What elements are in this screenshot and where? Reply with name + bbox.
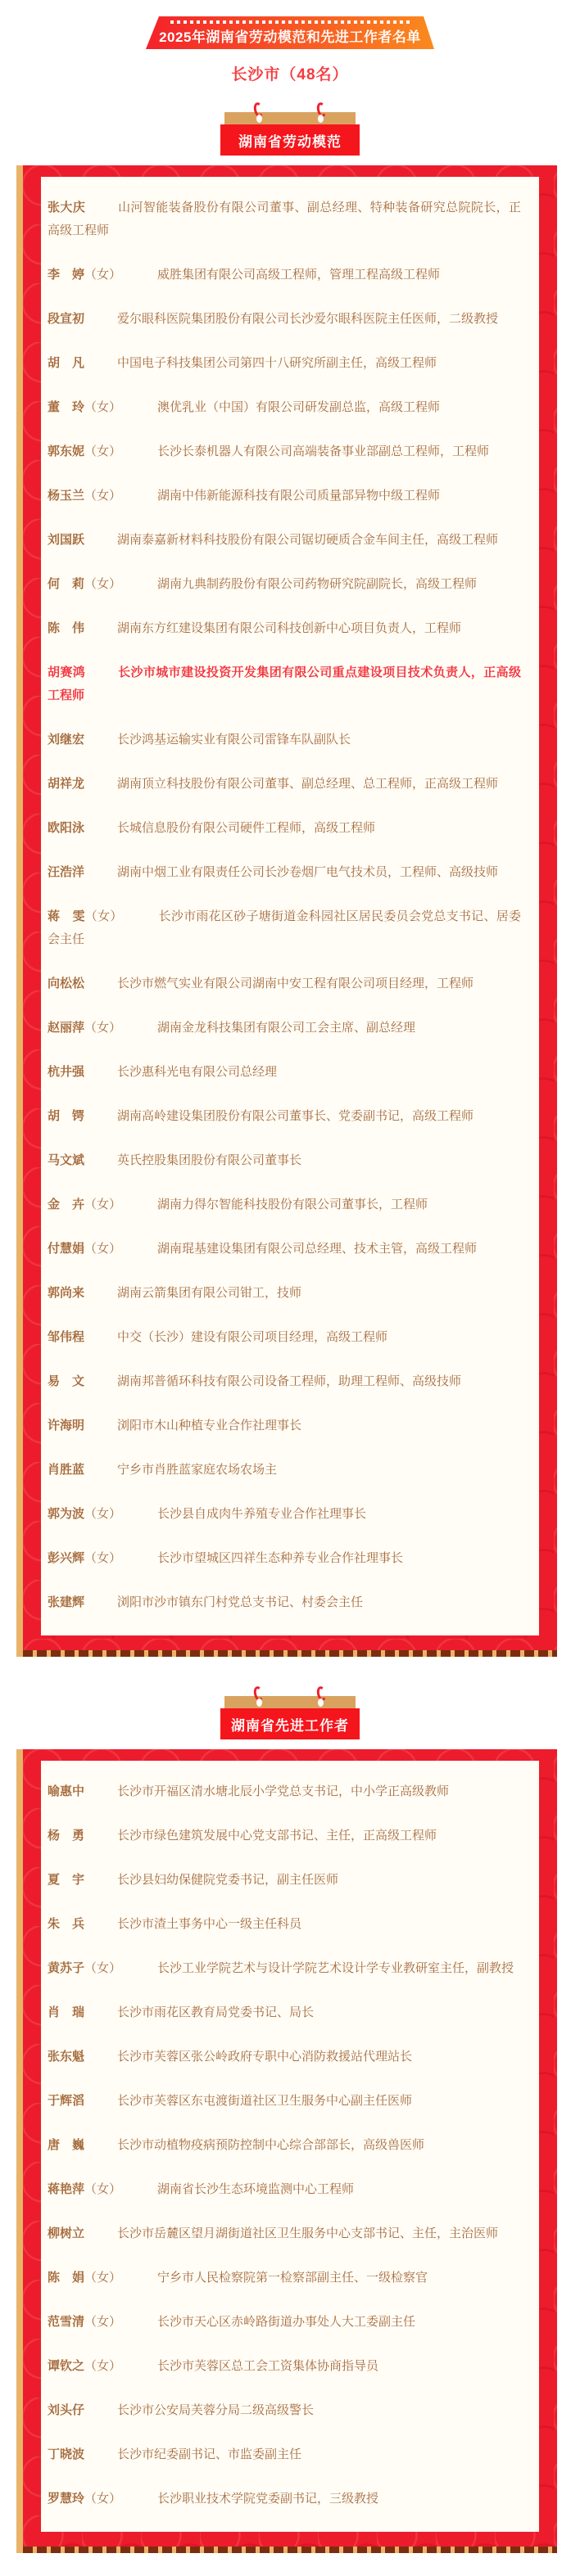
gender-note: （女） [84, 1961, 121, 1975]
person-name: 胡祥龙 [48, 777, 84, 791]
person-name: 唐 巍 [48, 2138, 84, 2152]
person-name: 杨 勇 [48, 1829, 84, 1843]
list-entry: 陈 娟（女）宁乡市人民检察院第一检察部副主任、一级检察官 [48, 2267, 521, 2290]
person-title: 长沙惠科光电有限公司总经理 [117, 1065, 277, 1079]
person-name: 蒋 雯 [48, 909, 85, 923]
page-title: 2025年湖南省劳动模范和先进工作者名单 [159, 25, 421, 46]
person-title: 长沙市岳麓区望月湖街道社区卫生服务中心支部书记、主任，主治医师 [117, 2226, 498, 2240]
person-name: 张东魁 [48, 2050, 84, 2064]
gender-note: （女） [84, 1242, 121, 1256]
list-entry: 罗慧玲（女）长沙职业技术学院党委副书记，三级教授 [48, 2488, 521, 2511]
person-name: 邹伟程 [48, 1330, 84, 1344]
ribbon-hole-icon [256, 1699, 262, 1707]
list-entry: 蒋艳萍（女）湖南省长沙生态环境监测中心工程师 [48, 2178, 521, 2201]
person-name: 柳树立 [48, 2226, 84, 2240]
person-title: 爱尔眼科医院集团股份有限公司长沙爱尔眼科医院主任医师，二级教授 [117, 312, 498, 326]
person-name: 郭为波 [48, 1507, 84, 1521]
person-name: 许海明 [48, 1419, 84, 1432]
person-title: 长沙工业学院艺术与设计学院艺术设计学专业教研室主任，副教授 [157, 1961, 514, 1975]
list-entry: 郭东妮（女）长沙长泰机器人有限公司高端装备事业部副总工程师，工程师 [48, 440, 521, 463]
ribbon-hole-icon [318, 1699, 324, 1707]
sections-root: 湖南省劳动模范 张大庆山河智能装备股份有限公司董事、副总经理、特种装备研究总院院… [0, 112, 580, 2547]
person-name: 董 玲 [48, 400, 84, 414]
person-title: 长沙市芙蓉区东屯渡街道社区卫生服务中心副主任医师 [117, 2094, 412, 2108]
person-title: 长沙市望城区四祥生态种养专业合作社理事长 [157, 1551, 403, 1565]
list-entry: 蒋 雯（女）长沙市雨花区砂子塘街道金科园社区居民委员会党总支书记、居委会主任 [48, 905, 521, 951]
person-name: 刘头仔 [48, 2403, 84, 2417]
list-entry: 黄苏子（女）长沙工业学院艺术与设计学院艺术设计学专业教研室主任，副教授 [48, 1957, 521, 1980]
person-name: 夏 宇 [48, 1873, 84, 1887]
list-entry: 范雪清（女）长沙市天心区赤岭路街道办事处人大工委副主任 [48, 2311, 521, 2334]
person-title: 湖南高岭建设集团股份有限公司董事长、党委副书记，高级工程师 [117, 1109, 474, 1123]
person-name: 郭尚来 [48, 1286, 84, 1300]
person-title: 长沙县自成肉牛养殖专业合作社理事长 [157, 1507, 366, 1521]
list-entry: 陈 伟湖南东方红建设集团有限公司科技创新中心项目负责人，工程师 [48, 617, 521, 640]
gender-note: （女） [84, 1551, 121, 1565]
person-name: 于辉滔 [48, 2094, 84, 2108]
person-name: 杨玉兰 [48, 489, 84, 503]
award-section: 湖南省先进工作者 喻惠中长沙市开福区清水塘北辰小学党总支书记，中小学正高级教师 … [0, 1696, 580, 2547]
list-entry: 张大庆山河智能装备股份有限公司董事、副总经理、特种装备研究总院院长，正高级工程师 [48, 196, 521, 242]
person-title: 浏阳市木山种植专业合作社理事长 [117, 1419, 301, 1432]
gender-note: （女） [84, 2492, 121, 2506]
award-section: 湖南省劳动模范 张大庆山河智能装备股份有限公司董事、副总经理、特种装备研究总院院… [0, 112, 580, 1650]
person-title: 长沙市城市建设投资开发集团有限公司重点建设项目技术负责人，正高级工程师 [48, 665, 521, 702]
section-badge: 湖南省劳动模范 [220, 124, 360, 156]
list-entry: 许海明浏阳市木山种植专业合作社理事长 [48, 1414, 521, 1437]
list-entry: 杨玉兰（女）湖南中伟新能源科技有限公司质量部异物中级工程师 [48, 485, 521, 508]
person-name: 罗慧玲 [48, 2492, 84, 2506]
list-entry: 胡 凡中国电子科技集团公司第四十八研究所副主任，高级工程师 [48, 352, 521, 375]
award-card: 喻惠中长沙市开福区清水塘北辰小学党总支书记，中小学正高级教师 杨 勇长沙市绿色建… [23, 1749, 557, 2547]
gender-note: （女） [84, 2271, 121, 2285]
person-title: 长城信息股份有限公司硬件工程师，高级工程师 [117, 821, 375, 835]
list-entry: 郭为波（女）长沙县自成肉牛养殖专业合作社理事长 [48, 1503, 521, 1526]
person-title: 湖南中烟工业有限责任公司长沙卷烟厂电气技术员，工程师、高级技师 [117, 865, 498, 879]
ribbon-bar [224, 1696, 356, 1708]
list-entry: 张建辉浏阳市沙市镇东门村党总支书记、村委会主任 [48, 1591, 521, 1614]
person-title: 长沙鸿基运输实业有限公司雷锋车队副队长 [117, 733, 351, 747]
list-entry: 易 文湖南邦普循环科技有限公司设备工程师，助理工程师、高级技师 [48, 1370, 521, 1393]
gender-note: （女） [84, 1021, 121, 1035]
person-title: 长沙市绿色建筑发展中心党支部书记、主任，正高级工程师 [117, 1829, 437, 1843]
person-title: 浏阳市沙市镇东门村党总支书记、村委会主任 [117, 1595, 363, 1609]
list-entry: 段宣初爱尔眼科医院集团股份有限公司长沙爱尔眼科医院主任医师，二级教授 [48, 308, 521, 331]
person-title: 湖南省长沙生态环境监测中心工程师 [157, 2182, 354, 2196]
gender-note: （女） [84, 444, 121, 458]
person-title: 长沙职业技术学院党委副书记，三级教授 [157, 2492, 378, 2506]
list-entry: 汪浩洋湖南中烟工业有限责任公司长沙卷烟厂电气技术员，工程师、高级技师 [48, 861, 521, 884]
person-title: 长沙市动植物疫病预防控制中心综合部部长，高级兽医师 [117, 2138, 424, 2152]
person-title: 澳优乳业（中国）有限公司研发副总监，高级工程师 [157, 400, 440, 414]
person-name: 段宣初 [48, 312, 84, 326]
person-title: 长沙市渣土事务中心一级主任科员 [117, 1917, 301, 1931]
person-name: 马文斌 [48, 1153, 84, 1167]
person-name: 欧阳泳 [48, 821, 84, 835]
person-title: 中国电子科技集团公司第四十八研究所副主任，高级工程师 [117, 356, 437, 370]
person-name: 郭东妮 [48, 444, 84, 458]
list-entry: 赵丽萍（女）湖南金龙科技集团有限公司工会主席、副总经理 [48, 1017, 521, 1040]
list-entry: 丁晓波长沙市纪委副书记、市监委副主任 [48, 2443, 521, 2466]
person-name: 胡 凡 [48, 356, 84, 370]
person-name: 易 文 [48, 1374, 84, 1388]
list-entry: 邹伟程中交（长沙）建设有限公司项目经理，高级工程师 [48, 1326, 521, 1349]
person-name: 彭兴辉 [48, 1551, 84, 1565]
list-entry: 于辉滔长沙市芙蓉区东屯渡街道社区卫生服务中心副主任医师 [48, 2090, 521, 2113]
person-name: 刘国跃 [48, 533, 84, 547]
gender-note: （女） [84, 400, 121, 414]
person-name: 张大庆 [48, 201, 85, 214]
list-entry: 柳树立长沙市岳麓区望月湖街道社区卫生服务中心支部书记、主任，主治医师 [48, 2222, 521, 2245]
list-entry: 向松松长沙市燃气实业有限公司湖南中安工程有限公司项目经理，工程师 [48, 972, 521, 995]
list-entry: 马文斌英氏控股集团股份有限公司董事长 [48, 1149, 521, 1172]
person-title: 长沙市天心区赤岭路街道办事处人大工委副主任 [157, 2315, 415, 2329]
person-name: 肖 瑞 [48, 2005, 84, 2019]
list-entry: 谭钦之（女）长沙市芙蓉区总工会工资集体协商指导员 [48, 2355, 521, 2378]
list-entry: 付慧娟（女）湖南琨基建设集团有限公司总经理、技术主管，高级工程师 [48, 1238, 521, 1261]
person-name: 金 卉 [48, 1198, 84, 1211]
person-title: 山河智能装备股份有限公司董事、副总经理、特种装备研究总院院长，正高级工程师 [48, 201, 521, 237]
ribbon: 湖南省劳动模范 [0, 112, 580, 156]
person-title: 湖南中伟新能源科技有限公司质量部异物中级工程师 [157, 489, 440, 503]
page-title-banner: 2025年湖南省劳动模范和先进工作者名单 [146, 16, 434, 49]
gender-note: （女） [84, 2182, 121, 2196]
list-entry: 刘继宏长沙鸿基运输实业有限公司雷锋车队副队长 [48, 729, 521, 751]
gender-note: （女） [84, 489, 121, 503]
list-entry: 喻惠中长沙市开福区清水塘北辰小学党总支书记，中小学正高级教师 [48, 1780, 521, 1803]
list-entry: 杭井强长沙惠科光电有限公司总经理 [48, 1061, 521, 1084]
list-entry: 朱 兵长沙市渣土事务中心一级主任科员 [48, 1913, 521, 1936]
list-entry: 董 玲（女）澳优乳业（中国）有限公司研发副总监，高级工程师 [48, 396, 521, 419]
person-title: 英氏控股集团股份有限公司董事长 [117, 1153, 301, 1167]
person-title: 长沙市燃气实业有限公司湖南中安工程有限公司项目经理，工程师 [117, 977, 474, 990]
list-entry: 胡祥龙湖南顶立科技股份有限公司董事、副总经理、总工程师，正高级工程师 [48, 773, 521, 796]
person-title: 湖南顶立科技股份有限公司董事、副总经理、总工程师，正高级工程师 [117, 777, 498, 791]
person-title: 湖南泰嘉新材料科技股份有限公司锯切硬质合金车间主任，高级工程师 [117, 533, 498, 547]
list-entry: 李 婷（女）威胜集团有限公司高级工程师，管理工程高级工程师 [48, 264, 521, 286]
person-title: 长沙市纪委副书记、市监委副主任 [117, 2447, 301, 2461]
person-title: 长沙县妇幼保健院党委书记，副主任医师 [117, 1873, 338, 1887]
person-title: 宁乡市人民检察院第一检察部副主任、一级检察官 [157, 2271, 428, 2285]
person-name: 肖胜蓝 [48, 1463, 84, 1477]
award-card: 张大庆山河智能装备股份有限公司董事、副总经理、特种装备研究总院院长，正高级工程师… [23, 165, 557, 1650]
person-title: 中交（长沙）建设有限公司项目经理，高级工程师 [117, 1330, 387, 1344]
person-title: 湖南东方红建设集团有限公司科技创新中心项目负责人，工程师 [117, 621, 461, 635]
person-name: 赵丽萍 [48, 1021, 84, 1035]
list-entry: 肖 瑞长沙市雨花区教育局党委书记、局长 [48, 2001, 521, 2024]
gender-note: （女） [85, 909, 123, 923]
ribbon-hole-icon [256, 115, 262, 123]
person-name: 杭井强 [48, 1065, 84, 1079]
list-entry: 刘头仔长沙市公安局芙蓉分局二级高级警长 [48, 2399, 521, 2422]
person-name: 胡赛鸿 [48, 665, 85, 679]
person-name: 张建辉 [48, 1595, 84, 1609]
page: 2025年湖南省劳动模范和先进工作者名单 长沙市（48名） 湖南省劳动模范 张大… [0, 0, 580, 2576]
award-list: 喻惠中长沙市开福区清水塘北辰小学党总支书记，中小学正高级教师 杨 勇长沙市绿色建… [41, 1761, 539, 2532]
person-name: 刘继宏 [48, 733, 84, 747]
list-entry: 胡 锷湖南高岭建设集团股份有限公司董事长、党委副书记，高级工程师 [48, 1105, 521, 1128]
person-title: 湖南九典制药股份有限公司药物研究院副院长，高级工程师 [157, 577, 477, 591]
person-name: 胡 锷 [48, 1109, 84, 1123]
person-title: 宁乡市肖胜蓝家庭农场农场主 [117, 1463, 277, 1477]
person-title: 长沙长泰机器人有限公司高端装备事业部副总工程师，工程师 [157, 444, 489, 458]
person-title: 长沙市开福区清水塘北辰小学党总支书记，中小学正高级教师 [117, 1784, 449, 1798]
person-title: 长沙市雨花区教育局党委书记、局长 [117, 2005, 314, 2019]
list-entry: 何 莉（女）湖南九典制药股份有限公司药物研究院副院长，高级工程师 [48, 573, 521, 596]
list-entry: 杨 勇长沙市绿色建筑发展中心党支部书记、主任，正高级工程师 [48, 1825, 521, 1847]
person-title: 湖南琨基建设集团有限公司总经理、技术主管，高级工程师 [157, 1242, 477, 1256]
person-name: 范雪清 [48, 2315, 84, 2329]
list-entry: 彭兴辉（女）长沙市望城区四祥生态种养专业合作社理事长 [48, 1547, 521, 1570]
list-entry: 张东魁长沙市芙蓉区张公岭政府专职中心消防救援站代理站长 [48, 2046, 521, 2068]
person-title: 长沙市公安局芙蓉分局二级高级警长 [117, 2403, 314, 2417]
person-title: 湖南邦普循环科技有限公司设备工程师，助理工程师、高级技师 [117, 1374, 461, 1388]
list-entry: 金 卉（女）湖南力得尔智能科技股份有限公司董事长，工程师 [48, 1193, 521, 1216]
person-name: 向松松 [48, 977, 84, 990]
ribbon-bar [224, 112, 356, 124]
person-title: 长沙市芙蓉区张公岭政府专职中心消防救援站代理站长 [117, 2050, 412, 2064]
list-entry: 欧阳泳长城信息股份有限公司硬件工程师，高级工程师 [48, 817, 521, 840]
list-entry: 胡赛鸿长沙市城市建设投资开发集团有限公司重点建设项目技术负责人，正高级工程师 [48, 661, 521, 707]
person-name: 喻惠中 [48, 1784, 84, 1798]
gender-note: （女） [84, 2359, 121, 2373]
person-name: 蒋艳萍 [48, 2182, 84, 2196]
person-name: 黄苏子 [48, 1961, 84, 1975]
banner-dotted-line [170, 20, 410, 24]
gender-note: （女） [84, 1198, 121, 1211]
person-title: 湖南金龙科技集团有限公司工会主席、副总经理 [157, 1021, 415, 1035]
person-name: 朱 兵 [48, 1917, 84, 1931]
list-entry: 唐 巍长沙市动植物疫病预防控制中心综合部部长，高级兽医师 [48, 2134, 521, 2157]
person-title: 威胜集团有限公司高级工程师，管理工程高级工程师 [157, 268, 440, 282]
person-title: 长沙市芙蓉区总工会工资集体协商指导员 [157, 2359, 378, 2373]
gender-note: （女） [84, 268, 121, 282]
list-entry: 郭尚来湖南云箭集团有限公司钳工，技师 [48, 1282, 521, 1305]
person-name: 丁晓波 [48, 2447, 84, 2461]
person-title: 湖南云箭集团有限公司钳工，技师 [117, 1286, 301, 1300]
person-name: 陈 娟 [48, 2271, 84, 2285]
person-name: 谭钦之 [48, 2359, 84, 2373]
gender-note: （女） [84, 577, 121, 591]
list-entry: 夏 宇长沙县妇幼保健院党委书记，副主任医师 [48, 1869, 521, 1892]
ribbon: 湖南省先进工作者 [0, 1696, 580, 1739]
person-title: 湖南力得尔智能科技股份有限公司董事长，工程师 [157, 1198, 428, 1211]
city-subtitle: 长沙市（48名） [0, 62, 580, 84]
person-name: 汪浩洋 [48, 865, 84, 879]
person-name: 何 莉 [48, 577, 84, 591]
person-name: 陈 伟 [48, 621, 84, 635]
list-entry: 刘国跃湖南泰嘉新材料科技股份有限公司锯切硬质合金车间主任，高级工程师 [48, 529, 521, 552]
section-badge: 湖南省先进工作者 [220, 1708, 360, 1739]
person-name: 付慧娟 [48, 1242, 84, 1256]
award-list: 张大庆山河智能装备股份有限公司董事、副总经理、特种装备研究总院院长，正高级工程师… [41, 177, 539, 1635]
person-name: 李 婷 [48, 268, 84, 282]
gender-note: （女） [84, 1507, 121, 1521]
ribbon-hole-icon [318, 115, 324, 123]
gender-note: （女） [84, 2315, 121, 2329]
list-entry: 肖胜蓝宁乡市肖胜蓝家庭农场农场主 [48, 1459, 521, 1482]
